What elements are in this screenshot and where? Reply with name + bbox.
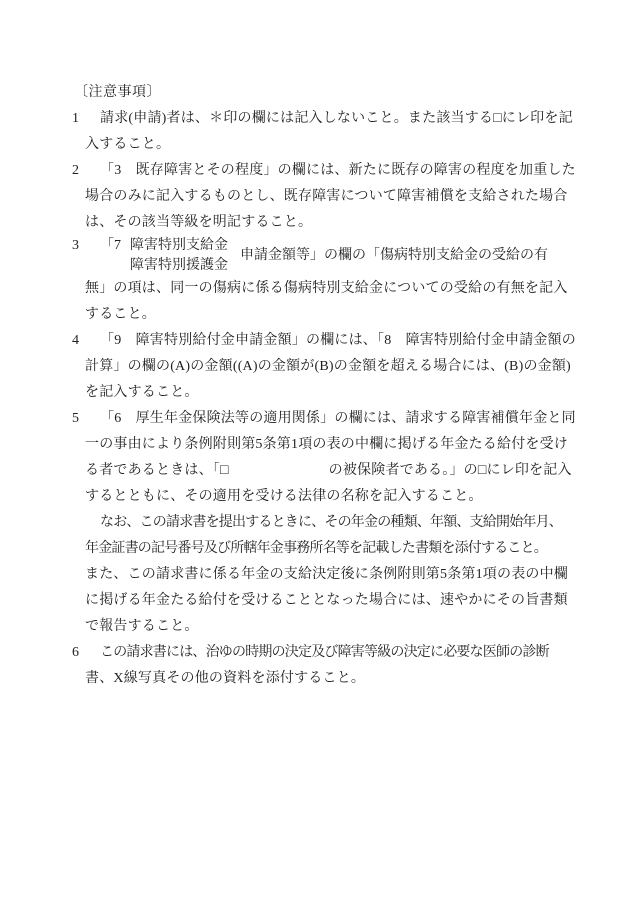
note-line: するとともに、その適用を受ける法律の名称を記入すること。 — [85, 484, 582, 510]
note-item-3: 3 「7 障害特別支給金障害特別援護金 申請金額等」の欄の「傷病特別支給金の受給… — [85, 236, 582, 328]
note-item-1: 1 請求(申請)者は、＊印の欄には記入しないこと。また該当する□にレ印を記 入す… — [85, 106, 582, 158]
note-line: 「3 既存障害とその程度」の欄には、新たに既存の障害の程度を加重した — [85, 158, 582, 184]
blank-before-text: る者であるときは、「□ — [85, 463, 229, 478]
note-item-5: 5 「6 厚生年金保険法等の適用関係」の欄には、請求する障害補償年金と同 一の事… — [85, 406, 582, 640]
item-number: 3 — [72, 236, 85, 256]
note-line: この請求書には、治ゆの時期の決定及び障害等級の決定に必要な医師の診断 — [85, 640, 582, 666]
note-line-stacked: 「7 障害特別支給金障害特別援護金 申請金額等」の欄の「傷病特別支給金の受給の有 — [85, 236, 582, 276]
stacked-line: 障害特別援護金 — [130, 258, 228, 273]
item-number: 6 — [72, 640, 85, 666]
item-number: 4 — [72, 328, 85, 354]
item-number: 1 — [72, 106, 85, 132]
note-line-with-blank: る者であるときは、「□の被保険者である。」の□にレ印を記入 — [85, 458, 582, 484]
blank-after-text: の被保険者である。」の□にレ印を記入 — [329, 463, 572, 478]
bracket-prefix: 「7 — [100, 236, 121, 256]
notes-heading: 〔注意事項〕 — [74, 80, 582, 106]
document-page: 〔注意事項〕 1 請求(申請)者は、＊印の欄には記入しないこと。また該当する□に… — [0, 0, 630, 903]
item-number: 5 — [72, 406, 85, 432]
note-line: 「6 厚生年金保険法等の適用関係」の欄には、請求する障害補償年金と同 — [85, 406, 582, 432]
note-item-6: 6 この請求書には、治ゆの時期の決定及び障害等級の決定に必要な医師の診断 書、X… — [85, 640, 582, 692]
notes-section: 〔注意事項〕 1 請求(申請)者は、＊印の欄には記入しないこと。また該当する□に… — [72, 80, 582, 692]
note-line: 入すること。 — [85, 132, 582, 158]
note-item-4: 4 「9 障害特別給付金申請金額」の欄には、「8 障害特別給付金申請金額の 計算… — [85, 328, 582, 406]
note-line: すること。 — [85, 302, 582, 328]
stacked-grant-names: 障害特別支給金障害特別援護金 — [130, 236, 228, 276]
note-line: 「9 障害特別給付金申請金額」の欄には、「8 障害特別給付金申請金額の — [85, 328, 582, 354]
note-line: を記入すること。 — [85, 380, 582, 406]
note-item-2: 2 「3 既存障害とその程度」の欄には、新たに既存の障害の程度を加重した 場合の… — [85, 158, 582, 236]
note-line: は、その該当等級を明記すること。 — [85, 210, 582, 236]
note-line: なお、この請求書を提出するときに、その年金の種類、年額、支給開始年月、 — [85, 510, 582, 536]
note-line: 書、X線写真その他の資料を添付すること。 — [85, 666, 582, 692]
note-line: 計算」の欄の(A)の金額((A)の金額が(B)の金額を超える場合には、(B)の金… — [85, 354, 582, 380]
after-stack-text: 申請金額等」の欄の「傷病特別支給金の受給の有 — [240, 246, 548, 266]
note-line: また、この請求書に係る年金の支給決定後に条例附則第5条第1項の表の中欄 — [85, 562, 582, 588]
stacked-line: 障害特別支給金 — [130, 238, 228, 253]
note-line: 無」の項は、同一の傷病に係る傷病特別支給金についての受給の有無を記入 — [85, 276, 582, 302]
item-number: 2 — [72, 158, 85, 184]
note-line: 年金証書の記号番号及び所轄年金事務所名等を記載した書類を添付すること。 — [85, 536, 582, 562]
note-line: 一の事由により条例附則第5条第1項の表の中欄に掲げる年金たる給付を受け — [85, 432, 582, 458]
note-line: に掲げる年金たる給付を受けることとなった場合には、速やかにその旨書類 — [85, 588, 582, 614]
note-line: 請求(申請)者は、＊印の欄には記入しないこと。また該当する□にレ印を記 — [85, 106, 582, 132]
note-line: で報告すること。 — [85, 614, 582, 640]
note-line: 場合のみに記入するものとし、既存障害について障害補償を支給された場合 — [85, 184, 582, 210]
